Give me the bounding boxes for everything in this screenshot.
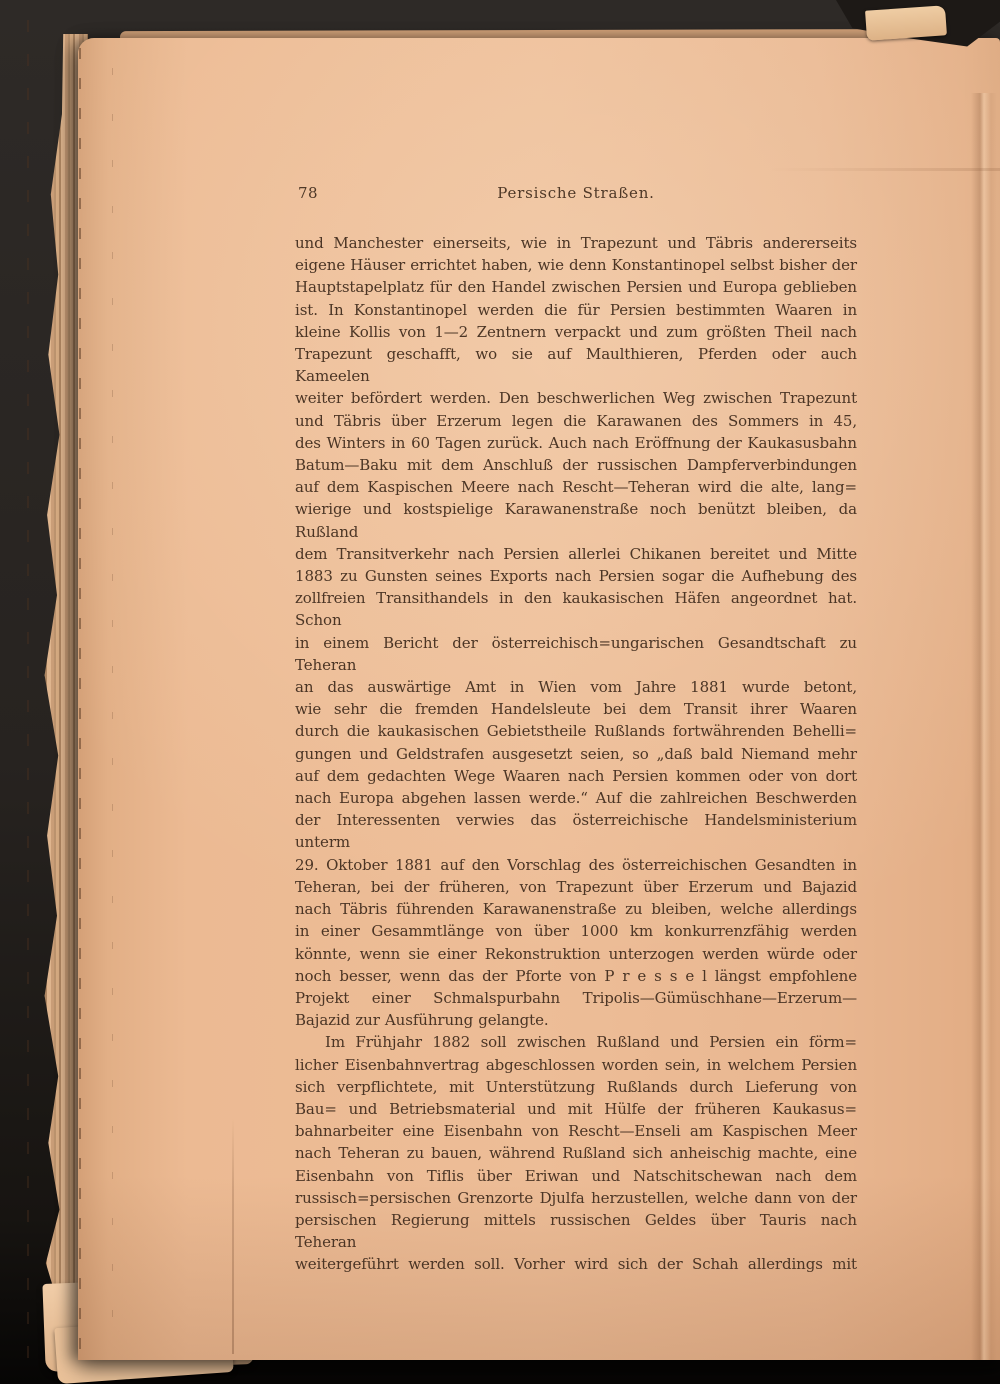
fold-crease-dashes — [112, 68, 113, 1350]
paragraph: Im Frühjahr 1882 soll zwischen Rußland u… — [295, 1031, 857, 1275]
text-line: Bau= und Betriebsmaterial und mit Hülfe … — [295, 1098, 857, 1120]
text-line: sich verpflichtete, mit Unterstützung Ru… — [295, 1076, 857, 1098]
text-line: und Manchester einerseits, wie in Trapez… — [295, 232, 857, 254]
text-line: bahnarbeiter eine Eisenbahn von Rescht—E… — [295, 1120, 857, 1142]
page-header: 78 Persische Straßen. — [295, 184, 857, 208]
text-line: Batum—Baku mit dem Anschluß der russisch… — [295, 454, 857, 476]
text-line: noch besser, wenn das der Pforte von P r… — [295, 965, 857, 987]
text-block: und Manchester einerseits, wie in Trapez… — [295, 232, 857, 1276]
text-line: an das auswärtige Amt in Wien vom Jahre … — [295, 676, 857, 698]
page-number: 78 — [298, 184, 318, 202]
text-line: der Interessenten verwies das österreich… — [295, 809, 857, 853]
text-line: auf dem gedachten Wege Waaren nach Persi… — [295, 765, 857, 787]
book-page: 78 Persische Straßen. und Manchester ein… — [78, 38, 1000, 1360]
horizontal-crease — [768, 168, 1000, 171]
text-line: eigene Häuser errichtet haben, wie denn … — [295, 254, 857, 276]
text-line: Eisenbahn von Tiflis über Eriwan und Nat… — [295, 1165, 857, 1187]
text-line: Im Frühjahr 1882 soll zwischen Rußland u… — [295, 1031, 857, 1053]
text-line: zollfreien Transithandels in den kaukasi… — [295, 587, 857, 631]
under-sheet-edge-line — [232, 1118, 234, 1354]
right-edge-crease — [971, 93, 997, 1360]
text-line: Projekt einer Schmalspurbahn Tripolis—Gü… — [295, 987, 857, 1009]
text-line: nach Täbris führenden Karawanenstraße zu… — [295, 898, 857, 920]
text-line: Trapezunt geschafft, wo sie auf Maulthie… — [295, 343, 857, 387]
text-line: des Winters in 60 Tagen zurück. Auch nac… — [295, 432, 857, 454]
text-line: in einem Bericht der österreichisch=unga… — [295, 632, 857, 676]
text-line: Bajazid zur Ausführung gelangte. — [295, 1009, 857, 1031]
text-line: dem Transitverkehr nach Persien allerlei… — [295, 543, 857, 565]
text-line: ist. In Konstantinopel werden die für Pe… — [295, 299, 857, 321]
text-line: auf dem Kaspischen Meere nach Rescht—Teh… — [295, 476, 857, 498]
text-line: russisch=persischen Grenzorte Djulfa her… — [295, 1187, 857, 1209]
text-line: in einer Gesammtlänge von über 1000 km k… — [295, 920, 857, 942]
text-line: licher Eisenbahnvertrag abgeschlossen wo… — [295, 1054, 857, 1076]
text-line: könnte, wenn sie einer Rekonstruktion un… — [295, 943, 857, 965]
fold-crease-dashes — [79, 48, 81, 1354]
text-line: kleine Kollis von 1—2 Zentnern verpackt … — [295, 321, 857, 343]
text-line: und Täbris über Erzerum legen die Karawa… — [295, 410, 857, 432]
text-line: 1883 zu Gunsten seines Exports nach Pers… — [295, 565, 857, 587]
text-line: durch die kaukasischen Gebietstheile Ruß… — [295, 720, 857, 742]
text-line: weiter befördert werden. Den beschwerlic… — [295, 387, 857, 409]
text-line: wierige und kostspielige Karawanenstraße… — [295, 498, 857, 542]
text-line: weitergeführt werden soll. Vorher wird s… — [295, 1253, 857, 1275]
torn-corner-flap — [865, 5, 947, 41]
text-line: persischen Regierung mittels russischen … — [295, 1209, 857, 1253]
text-line: gungen und Geldstrafen ausgesetzt seien,… — [295, 743, 857, 765]
text-line: Hauptstapelplatz für den Handel zwischen… — [295, 276, 857, 298]
paragraph: und Manchester einerseits, wie in Trapez… — [295, 232, 857, 1031]
text-line: Teheran, bei der früheren, von Trapezunt… — [295, 876, 857, 898]
book-photo: 78 Persische Straßen. und Manchester ein… — [0, 0, 1000, 1384]
binding-stitches — [27, 20, 29, 1364]
running-title: Persische Straßen. — [295, 184, 857, 202]
text-line: wie sehr die fremden Handelsleute bei de… — [295, 698, 857, 720]
text-line: nach Europa abgehen lassen werde.“ Auf d… — [295, 787, 857, 809]
text-line: 29. Oktober 1881 auf den Vorschlag des ö… — [295, 854, 857, 876]
text-line: nach Teheran zu bauen, während Rußland s… — [295, 1142, 857, 1164]
